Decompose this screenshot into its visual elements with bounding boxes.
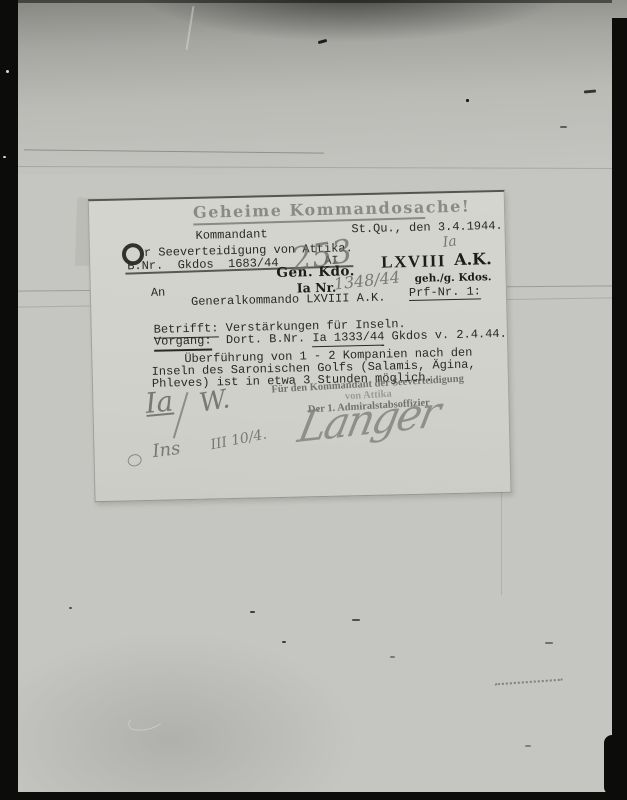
stamp-geh-kdos: geh./g. Kdos.: [414, 271, 491, 285]
handwritten-ia-left: Ia: [144, 384, 175, 419]
stamp-korps-ak: A.K.: [454, 249, 492, 269]
crease-line: [501, 490, 502, 595]
photo-border-top: [18, 0, 612, 3]
photo-border-right: [612, 18, 627, 800]
pencil-circle: [126, 453, 143, 468]
pencil-scribble: [495, 679, 563, 692]
handwritten-date-note: III 10/4.: [209, 426, 268, 453]
photo-border-bottom: [18, 792, 627, 800]
photo-border-left: [0, 0, 18, 800]
an-label: An: [151, 287, 166, 299]
reference-label: Vorgang:: [154, 334, 212, 352]
dust-speck: [69, 607, 72, 609]
dust-speck: [352, 619, 360, 621]
dust-speck: [560, 126, 567, 128]
dust-speck: [250, 611, 255, 613]
handwritten-ia-top: Ia: [442, 233, 458, 251]
reference-ref: Ia 1333/44: [312, 330, 384, 348]
document-paper: Geheime Kommandosache! Kommandant St.Qu.…: [88, 190, 512, 502]
photo-top-shading: [0, 0, 627, 175]
white-speck: [6, 70, 9, 73]
handwritten-ins-note: Ins: [151, 438, 181, 462]
white-speck: [3, 156, 6, 158]
reference-post: Gkdos v. 2.4.44.: [384, 327, 507, 344]
photo-border-right: [604, 735, 616, 795]
reference-pre: Dort. B.Nr.: [211, 331, 312, 347]
handwritten-initials: W.: [197, 384, 232, 419]
pencil-slash: [173, 392, 189, 439]
stamp-prf-nr: Prf-Nr. 1:: [409, 285, 481, 301]
recipient: Generalkommando LXVIII A.K.: [191, 292, 386, 308]
dust-speck: [545, 642, 553, 644]
photo-bottom-shading: [0, 560, 430, 800]
dust-speck: [282, 641, 286, 643]
dust-speck: [466, 99, 469, 102]
date-line: St.Qu., den 3.4.1944.: [351, 220, 502, 235]
sender-name: Kommandant: [195, 228, 267, 242]
scanned-photograph: Geheime Kommandosache! Kommandant St.Qu.…: [0, 0, 627, 800]
dust-speck: [390, 656, 395, 658]
dust-speck: [525, 745, 531, 747]
